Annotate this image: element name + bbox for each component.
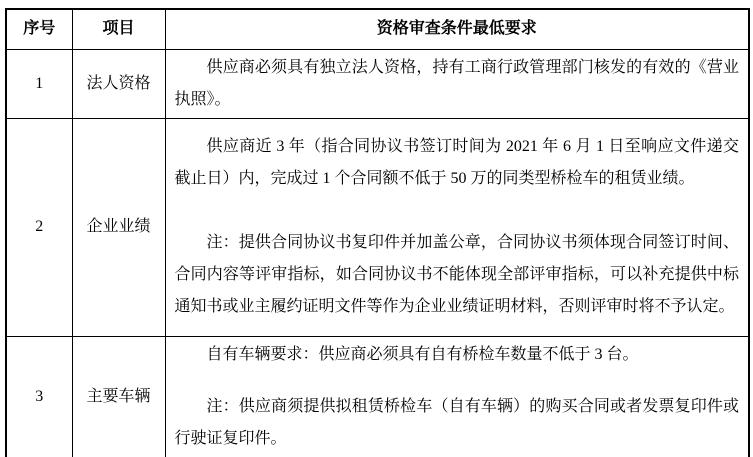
- table-row: 2 企业业绩 供应商近 3 年（指合同协议书签订时间为 2021 年 6 月 1…: [6, 118, 749, 336]
- column-header-item: 项目: [72, 9, 165, 49]
- requirement-cell: 供应商近 3 年（指合同协议书签订时间为 2021 年 6 月 1 日至响应文件…: [165, 118, 749, 336]
- column-header-requirement: 资格审查条件最低要求: [165, 9, 749, 49]
- item-cell: 企业业绩: [72, 118, 165, 336]
- requirement-paragraph: 自有车辆要求：供应商必须具有自有桥检车数量不低于 3 台。: [175, 339, 740, 371]
- requirement-note-paragraph: 注：供应商须提供拟租赁桥检车（自有车辆）的购买合同或者发票复印件或行驶证复印件。: [175, 391, 740, 455]
- row-number-cell: 2: [6, 118, 72, 336]
- requirement-paragraph: 供应商必须具有独立法人资格，持有工商行政管理部门核发的有效的《营业执照》。: [175, 52, 740, 116]
- column-header-number: 序号: [6, 9, 72, 49]
- item-cell: 主要车辆: [72, 336, 165, 457]
- requirement-cell: 供应商必须具有独立法人资格，持有工商行政管理部门核发的有效的《营业执照》。: [165, 49, 749, 118]
- table-row: 1 法人资格 供应商必须具有独立法人资格，持有工商行政管理部门核发的有效的《营业…: [6, 49, 749, 118]
- requirement-paragraph: 供应商近 3 年（指合同协议书签订时间为 2021 年 6 月 1 日至响应文件…: [175, 131, 740, 195]
- qualification-requirements-table: 序号 项目 资格审查条件最低要求 1 法人资格 供应商必须具有独立法人资格，持有…: [5, 8, 750, 457]
- row-number-cell: 3: [6, 336, 72, 457]
- requirement-note-paragraph: 注：提供合同协议书复印件并加盖公章，合同协议书须体现合同签订时间、合同内容等评审…: [175, 227, 740, 323]
- table-row: 3 主要车辆 自有车辆要求：供应商必须具有自有桥检车数量不低于 3 台。 注：供…: [6, 336, 749, 457]
- document-page: 序号 项目 资格审查条件最低要求 1 法人资格 供应商必须具有独立法人资格，持有…: [0, 0, 753, 457]
- row-number-cell: 1: [6, 49, 72, 118]
- table-header-row: 序号 项目 资格审查条件最低要求: [6, 9, 749, 49]
- requirement-cell: 自有车辆要求：供应商必须具有自有桥检车数量不低于 3 台。 注：供应商须提供拟租…: [165, 336, 749, 457]
- item-cell: 法人资格: [72, 49, 165, 118]
